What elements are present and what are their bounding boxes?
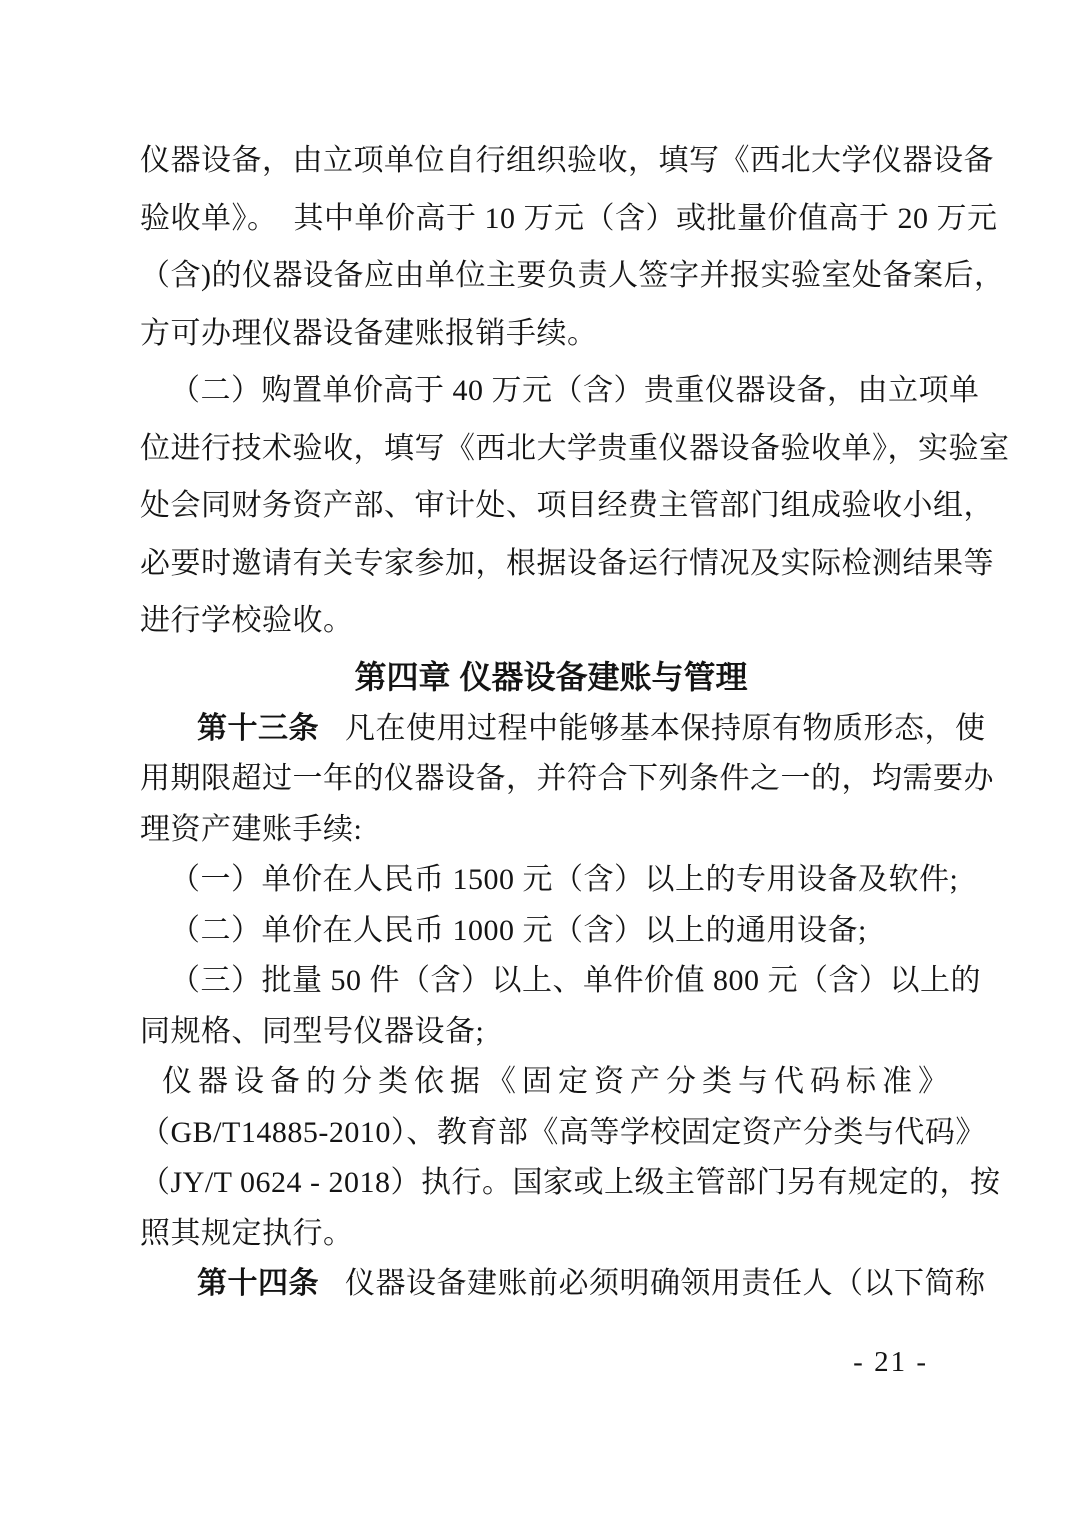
text-line: 验收单》。 其中单价高于 10 万元（含）或批量价值高于 20 万元 — [140, 190, 962, 248]
article-number: 第十三条 — [197, 712, 319, 745]
chapter-heading: 第四章 仪器设备建账与管理 — [140, 650, 962, 704]
paragraph-block-bottom: 第十三条凡在使用过程中能够基本保持原有物质形态，使 用期限超过一年的仪器设备，并… — [140, 704, 962, 1310]
paragraph-block-top: 仪器设备，由立项单位自行组织验收，填写《西北大学仪器设备 验收单》。 其中单价高… — [140, 132, 962, 650]
text-line: 同规格、同型号仪器设备; — [140, 1007, 962, 1058]
text-line: 理资产建账手续: — [140, 805, 962, 856]
text-line: 位进行技术验收，填写《西北大学贵重仪器设备验收单》，实验室 — [140, 420, 962, 478]
text-line: 方可办理仪器设备建账报销手续。 — [140, 305, 962, 363]
text-line: （一）单价在人民币 1500 元（含）以上的专用设备及软件; — [140, 855, 962, 906]
text-line: 仪器设备的分类依据《固定资产分类与代码标准》 — [140, 1057, 962, 1108]
text-block: 仪器设备，由立项单位自行组织验收，填写《西北大学仪器设备 验收单》。 其中单价高… — [140, 132, 962, 1310]
page-number: - 21 - — [853, 1346, 928, 1378]
text-line: （二）购置单价高于 40 万元（含）贵重仪器设备，由立项单 — [140, 362, 962, 420]
text-line: 第十三条凡在使用过程中能够基本保持原有物质形态，使 — [140, 704, 962, 755]
text-line: 第十四条仪器设备建账前必须明确领用责任人（以下简称 — [140, 1259, 962, 1310]
article-text: 凡在使用过程中能够基本保持原有物质形态，使 — [345, 712, 986, 745]
text-line: 必要时邀请有关专家参加，根据设备运行情况及实际检测结果等 — [140, 535, 962, 593]
text-line: （含)的仪器设备应由单位主要负责人签字并报实验室处备案后， — [140, 247, 962, 305]
text-line: 照其规定执行。 — [140, 1209, 962, 1260]
text-line: 进行学校验收。 — [140, 592, 962, 650]
text-line: 用期限超过一年的仪器设备，并符合下列条件之一的，均需要办 — [140, 754, 962, 805]
text-line: （二）单价在人民币 1000 元（含）以上的通用设备; — [140, 906, 962, 957]
text-line: （GB/T14885-2010）、教育部《高等学校固定资产分类与代码》 — [140, 1108, 962, 1159]
document-page: 仪器设备，由立项单位自行组织验收，填写《西北大学仪器设备 验收单》。 其中单价高… — [0, 0, 1080, 1528]
text-line: （JY/T 0624 - 2018）执行。国家或上级主管部门另有规定的，按 — [140, 1158, 962, 1209]
article-text: 仪器设备建账前必须明确领用责任人（以下简称 — [345, 1267, 986, 1300]
text-line: 仪器设备，由立项单位自行组织验收，填写《西北大学仪器设备 — [140, 132, 962, 190]
text-line: （三）批量 50 件（含）以上、单件价值 800 元（含）以上的 — [140, 956, 962, 1007]
article-number: 第十四条 — [197, 1267, 319, 1300]
text-line: 处会同财务资产部、审计处、项目经费主管部门组成验收小组， — [140, 477, 962, 535]
